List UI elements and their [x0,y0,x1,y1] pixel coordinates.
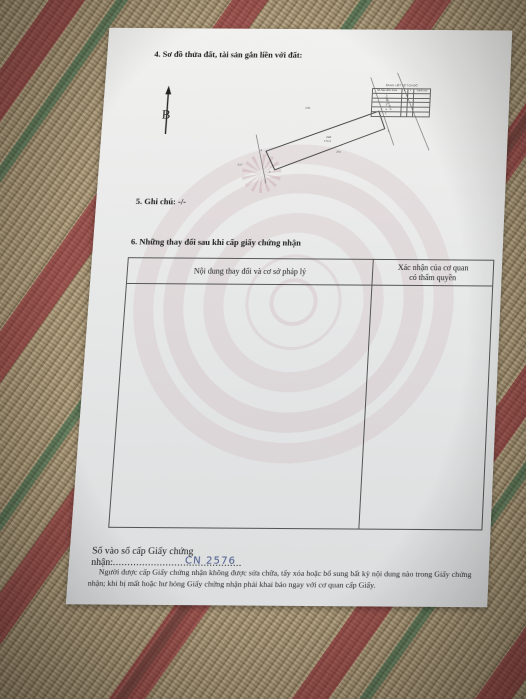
svg-text:241: 241 [336,150,342,154]
coordinate-table: BẢNG LIỆT KÊ TỌA ĐỘ Số hiệu đỉnh thửa X … [371,83,432,117]
north-label: B [161,108,171,122]
land-parcel-diagram: B 1 2 3 4 240 172,2 230 241 257 Đường đi… [147,66,509,185]
svg-text:4: 4 [260,148,262,152]
section-6-title: 6. Những thay đổi sau khi cấp giấy chứng… [131,236,302,247]
changes-header-confirm: Xác nhận của cơ quan có thẩm quyền [372,260,493,287]
changes-confirm-cell [359,286,492,530]
table-row: 1 [371,112,429,117]
coordinate-table-title: BẢNG LIỆT KÊ TỌA ĐỘ [372,83,431,87]
svg-text:257: 257 [237,163,243,167]
register-number-handwritten: CN 2576 [185,555,237,567]
section-4-title: 4. Sơ đồ thửa đất, tài sản gắn liền với … [154,49,303,60]
svg-text:3: 3 [269,170,271,174]
land-certificate-page: 4. Sơ đồ thửa đất, tài sản gắn liền với … [66,28,513,608]
changes-content-cell [109,284,372,529]
section-5-notes: 5. Ghi chú: -/- [136,196,187,206]
changes-table: Nội dung thay đổi và cơ sở pháp lý Xác n… [108,257,494,530]
changes-header-content: Nội dung thay đổi và cơ sở pháp lý [127,258,374,285]
certificate-notice: Người được cấp Giấy chứng nhận không đượ… [87,566,486,592]
north-arrow-icon: B [160,86,172,134]
svg-text:230: 230 [305,106,311,110]
parcel-area: 172,2 [324,139,332,144]
